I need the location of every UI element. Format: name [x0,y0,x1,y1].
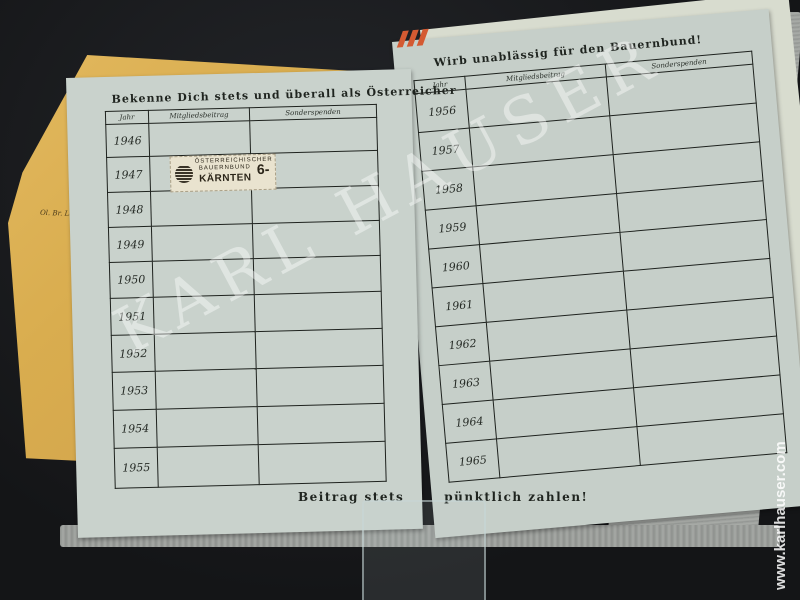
left-page-motto: Bekenne Dich stets und überall als Öster… [111,84,456,106]
coat-of-arms-icon [175,165,193,183]
stamp-value: 6- [257,161,270,177]
stamp-line2: BAUERNBUND [199,164,251,171]
acrylic-stand [362,500,486,600]
stamp-region: KÄRNTEN [199,172,252,184]
site-watermark: www.karlhauser.com [772,441,789,590]
membership-stamp: ÖSTERREICHISCHER BAUERNBUND KÄRNTEN 6- [170,154,277,193]
table-row: 1955 [114,441,386,488]
col-jahr: Jahr [105,110,148,124]
